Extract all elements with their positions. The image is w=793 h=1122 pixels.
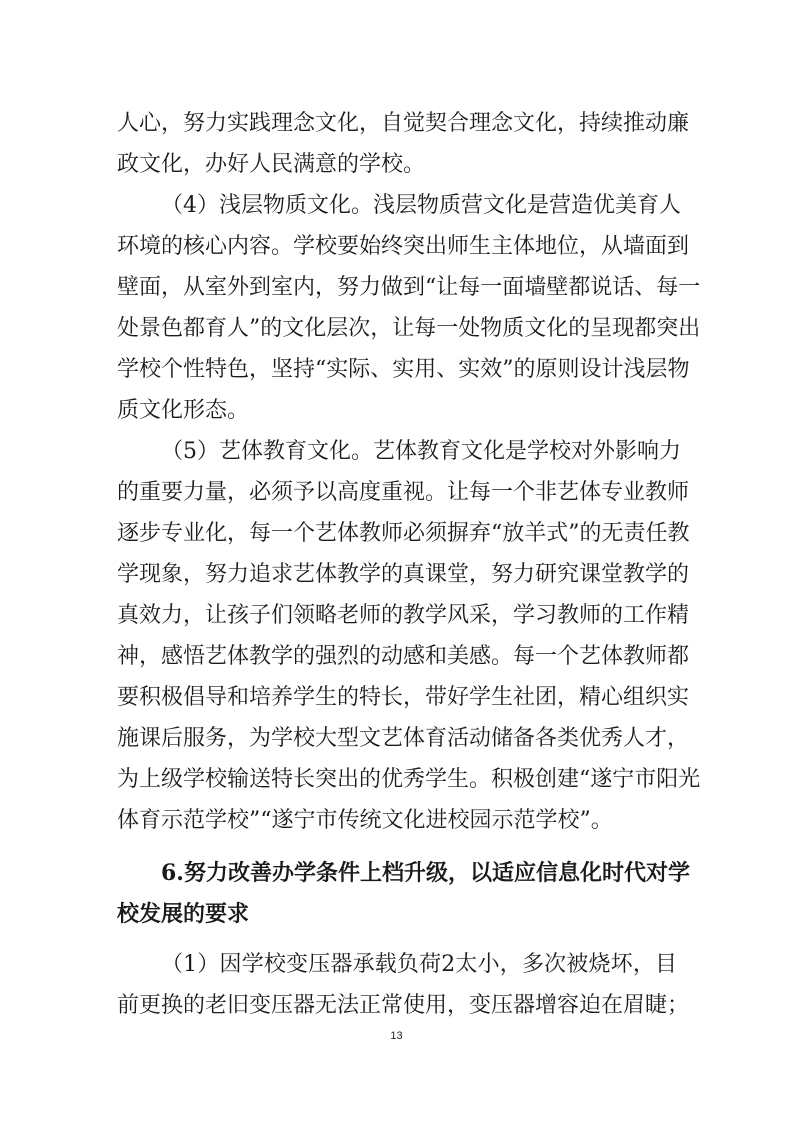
paragraph-line: 施课后服务，为学校大型文艺体育活动储备各类优秀人才， xyxy=(117,719,677,759)
paragraph-line: 壁面，从室外到室内，努力做到“让每一面墙壁都说话、每一 xyxy=(117,268,677,308)
paragraph-line: 学现象，努力追求艺体教学的真课堂，努力研究课堂教学的 xyxy=(117,555,677,595)
paragraph-line: 前更换的老旧变压器无法正常使用，变压器增容迫在眉睫； xyxy=(117,986,677,1026)
section-5-title-line: （5）艺体教育文化。艺体教育文化是学校对外影响力 xyxy=(161,432,677,472)
paragraph-line: 质文化形态。 xyxy=(117,391,677,431)
paragraph-line: 体育示范学校”“遂宁市传统文化进校园示范学校”。 xyxy=(117,801,677,841)
paragraph-line: 政文化，办好人民满意的学校。 xyxy=(117,145,677,185)
item-1-line: （1）因学校变压器承载负荷2太小，多次被烧坏，目 xyxy=(161,945,677,985)
paragraph-line: 真效力，让孩子们领略老师的教学风采，学习教师的工作精 xyxy=(117,596,677,636)
section-6-heading: 6.努力改善办学条件上档升级，以适应信息化时代对学 xyxy=(161,853,677,893)
paragraph-line: 学校个性特色，坚持“实际、实用、实效”的原则设计浅层物 xyxy=(117,350,677,390)
paragraph-line: 人心，努力实践理念文化，自觉契合理念文化，持续推动廉 xyxy=(117,104,677,144)
paragraph-line: 要积极倡导和培养学生的特长，带好学生社团，精心组织实 xyxy=(117,678,677,718)
page-number: 13 xyxy=(0,1030,793,1042)
section-6-heading-cont: 校发展的要求 xyxy=(117,894,677,934)
document-page: 人心，努力实践理念文化，自觉契合理念文化，持续推动廉 政文化，办好人民满意的学校… xyxy=(0,0,793,1122)
paragraph-line: 环境的核心内容。学校要始终突出师生主体地位，从墙面到 xyxy=(117,227,677,267)
paragraph-line: 的重要力量，必须予以高度重视。让每一个非艺体专业教师 xyxy=(117,473,677,513)
paragraph-line: 处景色都育人”的文化层次，让每一处物质文化的呈现都突出 xyxy=(117,309,677,349)
section-4-title-line: （4）浅层物质文化。浅层物质营文化是营造优美育人 xyxy=(161,186,677,226)
paragraph-line: 为上级学校输送特长突出的优秀学生。积极创建“遂宁市阳光 xyxy=(117,760,677,800)
paragraph-line: 神，感悟艺体教学的强烈的动感和美感。每一个艺体教师都 xyxy=(117,637,677,677)
paragraph-line: 逐步专业化，每一个艺体教师必须摒弃“放羊式”的无责任教 xyxy=(117,514,677,554)
